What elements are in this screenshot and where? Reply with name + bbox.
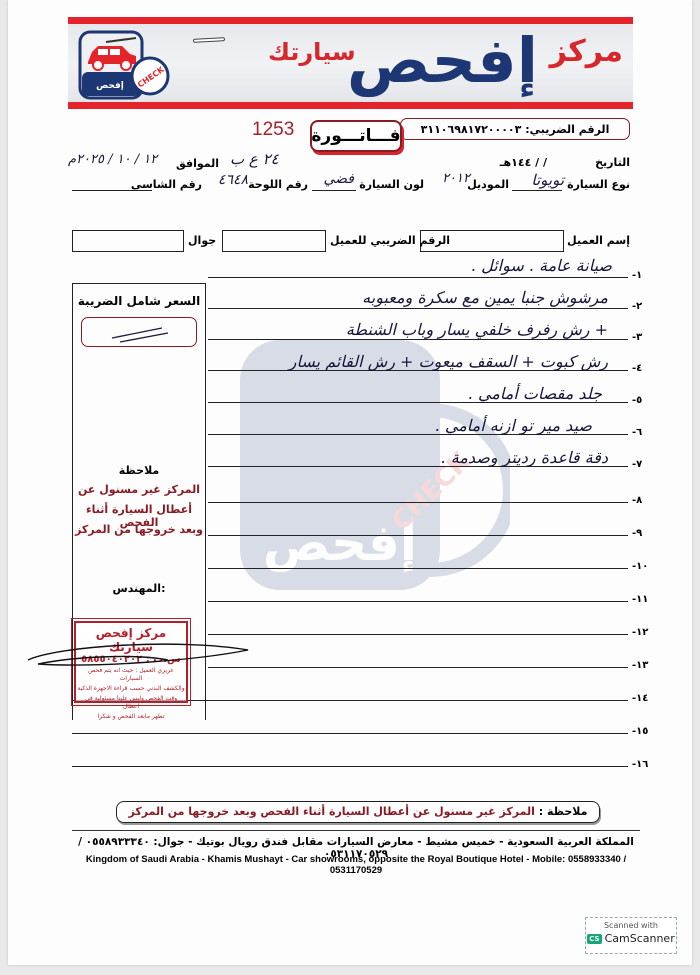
invoice-number: 1253: [252, 119, 294, 141]
customer-tax-field[interactable]: [222, 230, 326, 252]
footer-note-text: المركز غير مسنول عن أعطال السيارة أثناء …: [129, 805, 535, 818]
model-label: الموديل: [467, 178, 509, 191]
item-line-13[interactable]: [208, 667, 628, 668]
item-number: -٣: [632, 332, 642, 343]
item-number: -٤: [632, 363, 642, 374]
model-value: ٢٠١٢: [442, 171, 470, 186]
camscanner-logo-icon: CS: [587, 934, 601, 944]
center-label: مركز: [550, 34, 623, 69]
price-title: السعر شامل الضريبة: [73, 294, 205, 308]
item-line-9[interactable]: [208, 535, 628, 536]
item-text: جلد مقصات أمامي .: [468, 384, 602, 403]
stamp-line: وقت الفحص وليس علينا مسئولية في اعطال: [76, 695, 186, 711]
item-number: -٦: [632, 427, 642, 438]
car-color-label: لون السيارة: [359, 178, 424, 191]
note-line-3: وبعد خروجها من المركز: [73, 523, 205, 536]
item-text: + رش رفرف خلفي يسار وباب الشنطة: [346, 320, 608, 339]
item-number: -١٦: [632, 759, 648, 770]
item-text: مرشوش جنبا يمين مع سكرة ومعبوبه: [362, 288, 608, 307]
item-line-3[interactable]: [208, 339, 628, 340]
brand-sub: سيارتك: [268, 38, 356, 66]
customer-tax-label: الرقم الضريبي للعميل: [330, 234, 450, 247]
watermark-logo-icon: إفحص CHECK: [230, 330, 510, 630]
invoice-title: فـــاتـــورة: [310, 120, 402, 152]
car-color-underline: [312, 190, 356, 191]
scanned-with-label: Scanned with: [586, 921, 676, 930]
car-check-logo-icon: CHECK إفحص: [78, 28, 173, 102]
item-line-11[interactable]: [208, 601, 628, 602]
item-number: -٧: [632, 459, 642, 470]
car-type-label: نوع السيارة: [567, 178, 630, 191]
date-label: التاريخ: [595, 156, 630, 169]
gregorian-date-value: ١٢ / ١٠ / ٢٠٢٥م: [68, 152, 157, 167]
footer-divider: [72, 830, 640, 831]
hijri-date-handwritten: ٢٤ ع ب: [230, 150, 279, 168]
note-line-1: المركز غير مسنول عن: [73, 483, 205, 496]
item-text: رش كبوت + السقف ميعوت + رش القائم يسار: [289, 352, 608, 371]
header-banner: CHECK إفحص سيارتك إفحص مركز: [68, 17, 633, 109]
item-line-10[interactable]: [208, 568, 628, 569]
brand-main: إفحص: [347, 24, 538, 97]
item-line-8[interactable]: [208, 502, 628, 503]
customer-name-label: إسم العميل: [567, 234, 630, 247]
item-number: -١٣: [632, 660, 648, 671]
address-english: Kingdom of Saudi Arabia - Khamis Mushayt…: [72, 854, 640, 876]
plate-label: رقم اللوحة: [248, 178, 308, 191]
item-line-2[interactable]: [208, 308, 628, 309]
item-text: دقة قاعدة رديتر وصدمة .: [441, 448, 608, 467]
invoice-page: CHECK إفحص سيارتك إفحص مركز الرقم الضريب…: [8, 0, 692, 965]
car-type-value: تويوتا: [531, 171, 564, 189]
footer-note: ملاحظة : المركز غير مسنول عن أعطال السيا…: [116, 801, 600, 823]
item-text: صيد مير تو ازنه أمامي .: [435, 416, 592, 435]
price-field[interactable]: [81, 317, 197, 347]
svg-text:إفحص: إفحص: [96, 81, 124, 91]
tax-number-box: الرقم الضريبي: ٣١١٠٦٩٨١٧٢٠٠٠٠٣: [400, 118, 630, 140]
price-scribble-icon: [82, 318, 198, 348]
hijri-date-field: / / ١٤٤هـ: [500, 156, 547, 169]
item-number: -٢: [632, 301, 642, 312]
mobile-label: جوال: [188, 234, 216, 247]
signature-scribble-icon: [18, 638, 258, 674]
item-number: -١١: [632, 594, 648, 605]
item-text: صيانة عامة . سوائل .: [471, 256, 612, 275]
chassis-field[interactable]: [72, 190, 152, 191]
plate-value: ٤٦٤٨: [218, 172, 248, 188]
camscanner-app-name: CamScanner: [605, 932, 675, 945]
item-number: -٩: [632, 528, 642, 539]
stamp-line: والكشف البدني حسب قراءة الاجهزة الذكية: [76, 685, 186, 693]
item-line-15[interactable]: [72, 733, 628, 734]
item-number: -٨: [632, 495, 642, 506]
item-number: -١٤: [632, 693, 648, 704]
car-color-value: فضي: [323, 171, 354, 187]
item-number: -١٥: [632, 726, 648, 737]
gregorian-label: الموافق: [176, 157, 219, 170]
item-line-12[interactable]: [208, 634, 628, 635]
svg-text:إفحص: إفحص: [263, 514, 417, 573]
camscanner-watermark: Scanned with CS CamScanner: [585, 917, 677, 954]
item-number: -٥: [632, 395, 642, 406]
item-number: -١: [632, 270, 642, 281]
engineer-label: المهندس:: [73, 582, 205, 595]
item-number: -١٢: [632, 627, 648, 638]
divider-mark: [193, 37, 225, 43]
footer-note-prefix: ملاحظة :: [539, 805, 588, 818]
mobile-field[interactable]: [72, 230, 184, 252]
item-line-1[interactable]: [208, 277, 628, 278]
note-title: ملاحظة: [73, 464, 205, 477]
item-number: -١٠: [632, 561, 648, 572]
item-line-16[interactable]: [72, 766, 628, 767]
car-type-underline: [512, 190, 562, 191]
stamp-line: تظهر مابعد الفحص و شكرا: [76, 713, 186, 721]
